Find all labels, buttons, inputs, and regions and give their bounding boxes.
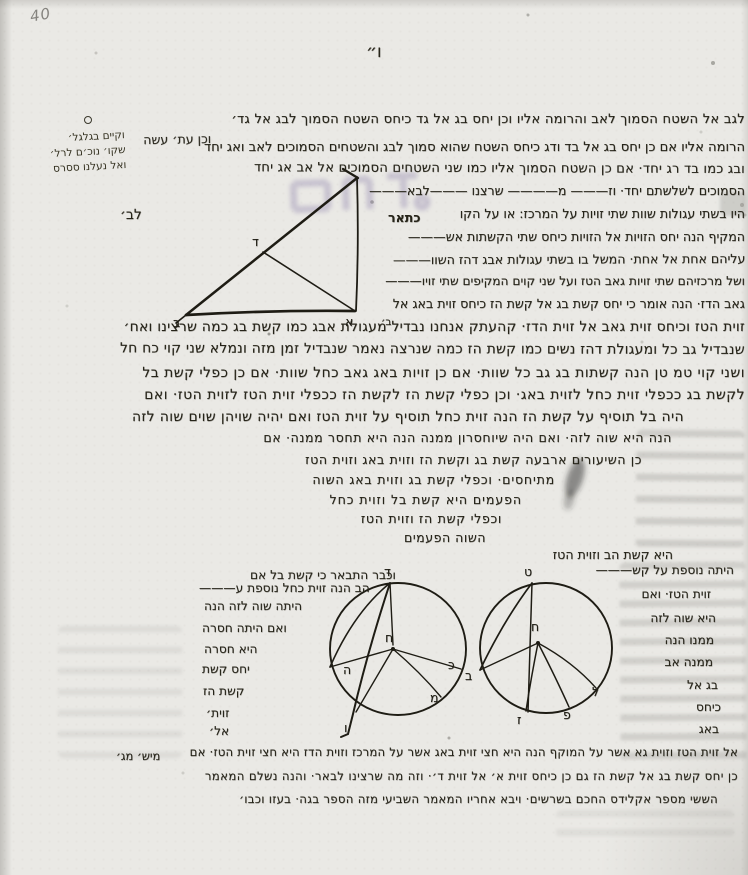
triangle-label-d: ד (252, 234, 259, 249)
circle-right-label-top: ט (524, 564, 532, 579)
circle-left-label-bottom-left: ו (344, 720, 347, 735)
circle-right-label-right: ל (592, 684, 599, 699)
main-text-line: המקיף הנה יחס הזויות אל הזויות כיחס שתי … (408, 229, 745, 244)
wrap-column-line: בג אל (687, 678, 718, 692)
margin-reference: מיש׳ מג׳ (116, 749, 160, 763)
main-text-line: הנה היא שוה לזה· ואם היה שיוחסרון ממנה ה… (263, 430, 672, 445)
main-text-line: ובג כמו בד רג יחד· אם כן השטח הסמוך אליו… (254, 160, 745, 177)
circle-left-label-top: ד (384, 564, 391, 579)
circle-right-label-bottom: ז (517, 712, 521, 727)
bottom-text-line: אל זוית הטז וזוית גא אשר על המוקף הנה הי… (190, 745, 738, 759)
main-text-line: וכפלי קשת הז וזוית הטז (361, 511, 502, 526)
circle-diagram-left (330, 583, 466, 737)
main-text-line: שנבדיל גב כל ומעגולת דהז נשים כמו קשת הז… (120, 340, 745, 358)
wrap-column-line: אל׳ (209, 724, 229, 738)
circle-left-label-right: כ (448, 657, 455, 672)
wrap-column-line: זוית׳ (206, 706, 229, 720)
circle-left-label-center: ח (385, 630, 393, 645)
wrap-column-line: ממנו הנה (665, 633, 714, 647)
margin-note: וכן עת׳ עשה (143, 131, 211, 147)
main-text-line: כן השיעורים ארבעה קשת בג וקשת הז וזוית ב… (305, 452, 642, 467)
main-text-line: היא קשת הב וזוית הטז (553, 547, 673, 562)
main-text-line: השוה הפעמים (404, 530, 486, 545)
wrap-column-line: היא חסרה (204, 642, 257, 656)
main-text-line: הרומה אליו אם כן יחס בג אל בד ודג כיחס ה… (204, 140, 745, 155)
main-text-line: הסמוכים לשלשתם יחד· וז——— מ———— שרצנו ——… (369, 183, 745, 198)
wrap-column-line: הב הנה זוית כחל נוספת ע——— (199, 581, 370, 595)
folio-quire-mark: ו״ (366, 42, 382, 62)
proposition-number-mark: לב׳ (120, 207, 142, 223)
wrap-column-line: ממנה אב (665, 655, 713, 669)
main-text-line: היה בל תוסיף על קשת הז הנה זוית כחל תוסי… (132, 409, 684, 425)
circle-left-label-left: ה (343, 662, 351, 677)
circle-left-label-bottom: מ (430, 690, 439, 705)
main-text-line: הפעמים היא קשת בל וזוית כחל (330, 492, 522, 507)
triangle-label-a: א (345, 314, 353, 329)
main-text-line: זוית הטז וכיחס זוית גאב אל זוית הדז· קהע… (124, 319, 745, 335)
page-number: 40 (29, 4, 53, 25)
triangle-label-b: ב (173, 315, 180, 330)
main-text-line: לגב אל השטח הסמוך לאב והרומה אליו וכן יח… (231, 112, 745, 127)
wrap-column-line: כיחס (696, 700, 721, 714)
bottom-text-line: כן יחס קשת בג אל קשת הז גם כן כיחס זוית … (205, 769, 738, 783)
wrap-column-line: קשת הז (203, 684, 244, 698)
main-text-line: ושני קוי טמ טן הנה קשתות בג גב כל שוות· … (142, 365, 745, 381)
wrap-column-line: יחס קשת (202, 662, 250, 676)
circle-right-label-bottom-mid: פ (563, 707, 571, 722)
main-text-line: עליהם אחת אל אחת· המשל בו בשתי עגולות אב… (393, 251, 745, 267)
wrap-column-line: וכבר התבאר כי קשת בל אם (250, 568, 396, 582)
main-text-line: לקשת בג ככפלי זוית כחל לזוית באג· וכן כפ… (144, 387, 745, 403)
circle-right-label-center: ח (531, 619, 539, 634)
wrap-column-line: היתה נוספת על קש——— (596, 563, 734, 577)
margin-circle-mark (84, 116, 92, 124)
section-keyword: כתאר (388, 210, 421, 225)
wrap-column-line: ואם היתה חסרה (202, 621, 287, 635)
wrap-column-line: באג (699, 722, 719, 736)
wrap-column-line: זוית הטז· ואם (641, 587, 711, 601)
manuscript-page: 40 ו״ וכן עת׳ עשה וקיים בגלגל׳ שקו׳ נוכ׳… (0, 0, 748, 875)
main-text-line: ושל מרכזיהם שתי זויות גאב הטז ועל שני קו… (385, 274, 745, 288)
wrap-column-line: היתה שוה לזה הנה (204, 599, 302, 613)
circle-right-label-left: ב (465, 668, 472, 683)
margin-gloss: וקיים בגלגל׳ שקו׳ נוכ׳ם לרל׳ ואל נעלנו ס… (49, 128, 127, 177)
bottom-text-line: הששי מספר אקלידס החכם בשרשים· ויבא אחריו… (239, 792, 718, 806)
wrap-column-line: היא שוה לזה (650, 611, 716, 625)
main-text-line: מתיחסים· וכפלי קשת בג וזוית באג השוה (312, 472, 555, 487)
main-text-line: היו בשתי עגולות שוות שתי זויות על המרכז:… (460, 206, 745, 221)
main-text-line: גאב הדז· הנה אומר כי יחס קשת בג אל קשת ה… (393, 296, 745, 311)
